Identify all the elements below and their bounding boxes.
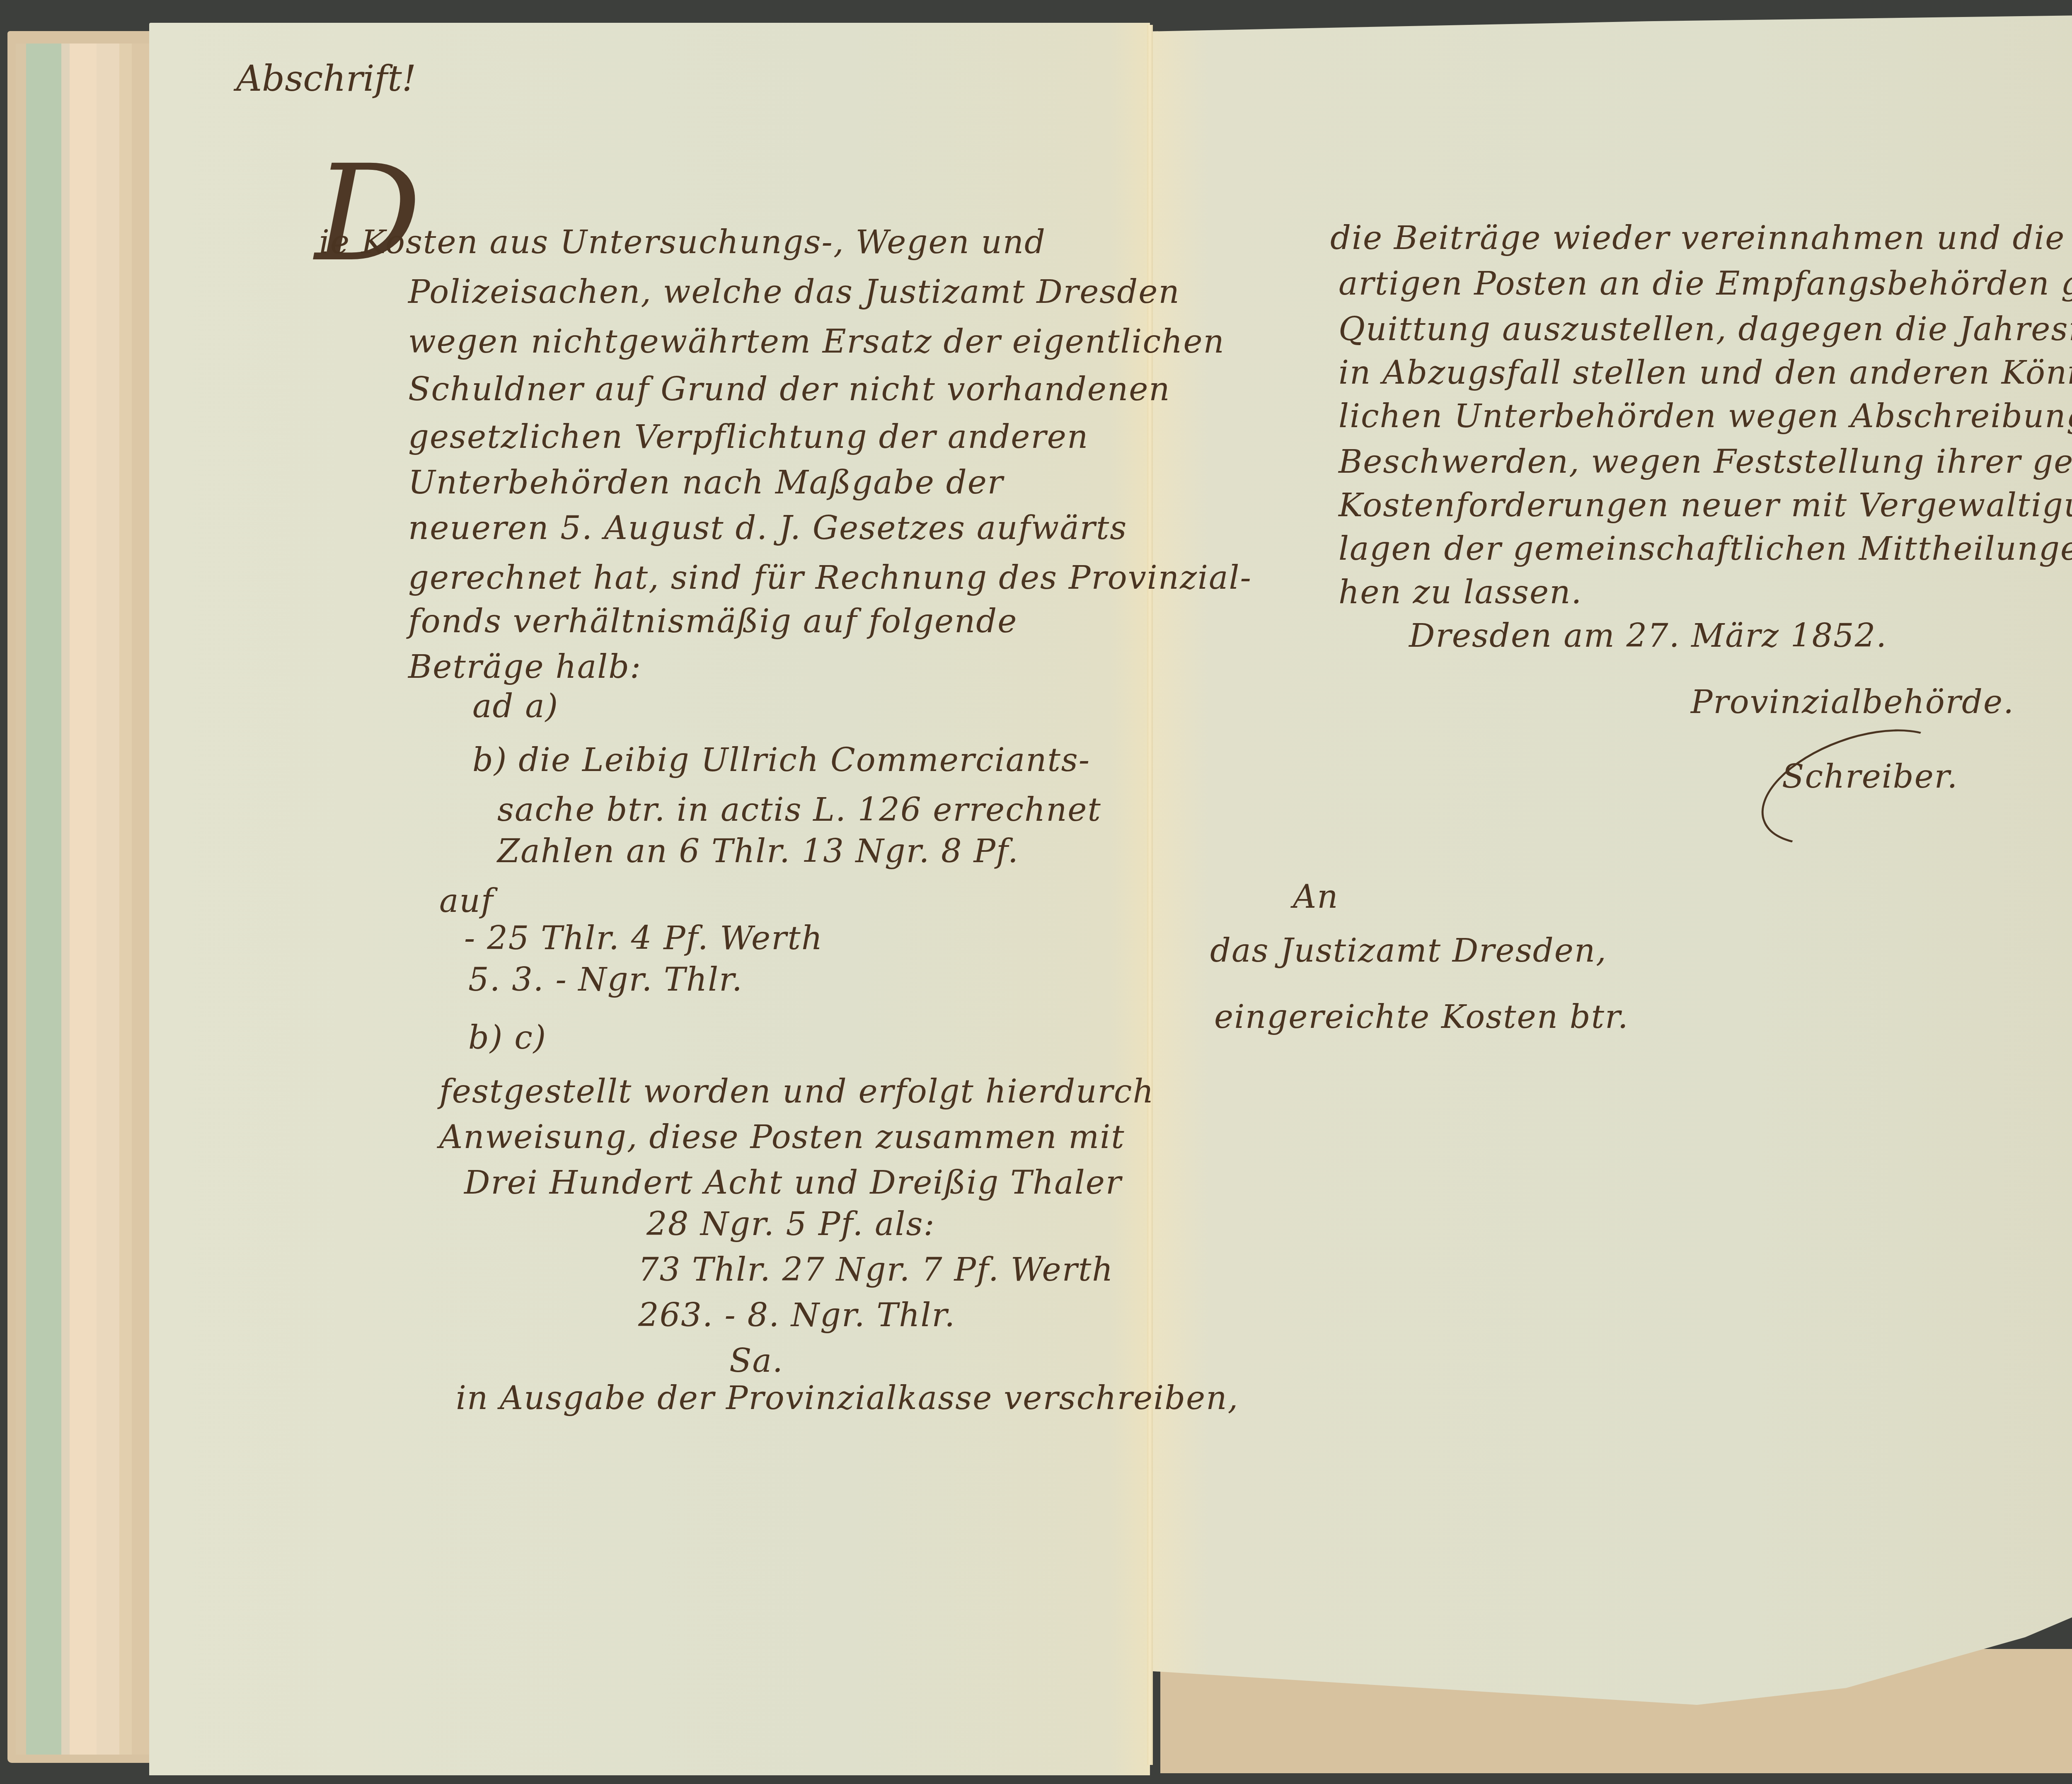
body-line: wegen nichtgewährtem Ersatz der eigentli… <box>408 323 1225 360</box>
body-line: lagen der gemeinschaftlichen Mittheilung… <box>1339 530 2072 568</box>
sub-item-marker: b) c) <box>468 1019 547 1056</box>
body-line: Polizeisachen, welche das Justizamt Dres… <box>408 273 1180 311</box>
address-line: das Justizamt Dresden, <box>1210 932 1607 969</box>
body-line: Beträge halb: <box>408 648 641 686</box>
total-line: 263. - 8. Ngr. Thlr. <box>638 1297 956 1334</box>
page-edge <box>97 44 119 1755</box>
body-line: die Beiträge wieder vereinnahmen und die… <box>1330 220 2072 257</box>
date-line: Dresden am 27. März 1852. <box>1409 617 1887 655</box>
body-line: Drei Hundert Acht und Dreißig Thaler <box>464 1164 1122 1201</box>
decorative-initial: D <box>315 137 421 291</box>
sum-label: auf <box>439 882 494 920</box>
page-edge <box>70 44 97 1755</box>
body-line: ie Kosten aus Untersuchungs-, Wegen und <box>319 224 1046 261</box>
page-heading: Abschrift! <box>236 58 416 99</box>
item-line: sache btr. in actis L. 126 errechnet <box>497 791 1101 829</box>
item-line: b) die Leibig Ullrich Commerciants- <box>472 742 1090 779</box>
address-line: An <box>1293 878 1339 916</box>
body-line: lichen Unterbehörden wegen Abschreibung … <box>1339 398 2072 435</box>
body-line: hen zu lassen. <box>1339 574 1582 611</box>
body-line: in Abzugsfall stellen und den anderen Kö… <box>1339 354 2072 392</box>
body-line: Anweisung, diese Posten zusammen mit <box>439 1119 1125 1156</box>
body-line: Beschwerden, wegen Feststellung ihrer ge… <box>1339 443 2072 481</box>
body-line: artigen Posten an die Empfangsbehörden g… <box>1339 265 2072 302</box>
page-edges-stack <box>7 31 157 1763</box>
issuing-office: Provinzialbehörde. <box>1691 684 2014 721</box>
body-line: Kostenforderungen neuer mit Vergewaltigu… <box>1339 487 2072 524</box>
closing-line: in Ausgabe der Provinzialkasse verschrei… <box>456 1380 1239 1417</box>
body-line: neueren 5. August d. J. Gesetzes aufwärt… <box>408 510 1127 547</box>
address-line: eingereichte Kosten btr. <box>1214 998 1629 1036</box>
amount-line: 5. 3. - Ngr. Thlr. <box>468 961 743 998</box>
body-line: gerechnet hat, sind für Rechnung des Pro… <box>408 559 1252 597</box>
page-edge <box>119 44 132 1755</box>
body-line: 28 Ngr. 5 Pf. als: <box>646 1206 935 1243</box>
item-line: Zahlen an 6 Thlr. 13 Ngr. 8 Pf. <box>497 833 1019 870</box>
page-edge <box>61 44 70 1755</box>
total-label: Sa. <box>729 1342 784 1380</box>
body-line: festgestellt worden und erfolgt hierdurc… <box>439 1073 1155 1110</box>
total-line: 73 Thlr. 27 Ngr. 7 Pf. Werth <box>638 1251 1114 1288</box>
body-line: gesetzlichen Verpflichtung der anderen <box>408 418 1089 456</box>
body-line: fonds verhältnismäßig auf folgende <box>408 603 1017 640</box>
item-marker: ad a) <box>472 688 559 725</box>
page-edge-green <box>26 44 61 1755</box>
amount-line: - 25 Thlr. 4 Pf. Werth <box>464 920 823 957</box>
body-line: Unterbehörden nach Maßgabe der <box>408 464 1004 501</box>
body-line: Quittung auszustellen, dagegen die Jahre… <box>1339 311 2072 348</box>
body-line: Schuldner auf Grund der nicht vorhandene… <box>408 371 1171 408</box>
